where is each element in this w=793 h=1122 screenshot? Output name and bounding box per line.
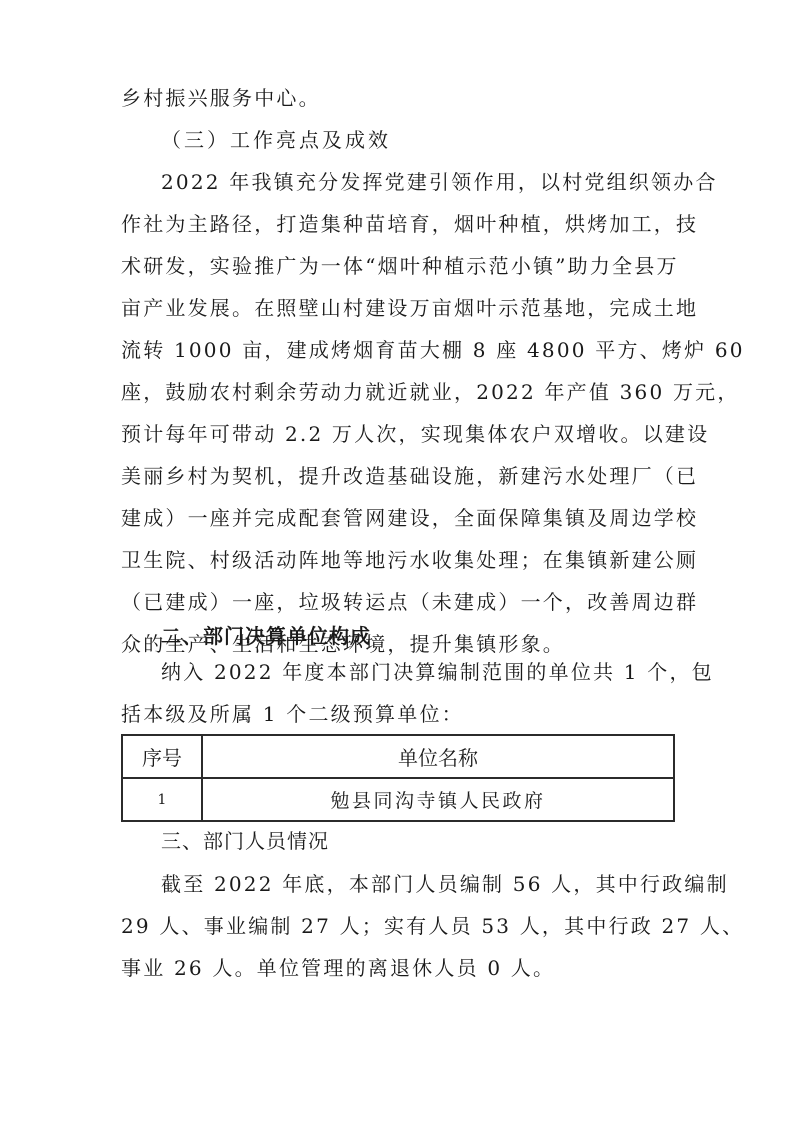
section-heading-personnel: 三、部门人员情况 [161, 829, 713, 853]
subsection-heading-highlights: （三）工作亮点及成效 [161, 128, 713, 152]
paragraph-line: 美丽乡村为契机，提升改造基础设施，新建污水处理厂（已 [121, 464, 673, 488]
paragraph-line: （已建成）一座，垃圾转运点（未建成）一个，改善周边群 [121, 590, 673, 614]
paragraph-line: 事业 26 人。单位管理的离退休人员 0 人。 [121, 956, 673, 980]
column-header-index: 序号 [122, 735, 202, 778]
paragraph-line: 纳入 2022 年度本部门决算编制范围的单位共 1 个，包 [161, 660, 713, 684]
paragraph-line: 截至 2022 年底，本部门人员编制 56 人，其中行政编制 [161, 872, 713, 896]
paragraph-line: 术研发，实验推广为一体“烟叶种植示范小镇”助力全县万 [121, 254, 673, 278]
paragraph-line: 亩产业发展。在照壁山村建设万亩烟叶示范基地，完成土地 [121, 296, 673, 320]
table-row: 1 勉县同沟寺镇人民政府 [122, 778, 674, 821]
unit-table: 序号 单位名称 1 勉县同沟寺镇人民政府 [121, 734, 675, 822]
paragraph-line: 29 人、事业编制 27 人；实有人员 53 人，其中行政 27 人、 [121, 914, 673, 938]
column-header-unit-name: 单位名称 [202, 735, 674, 778]
intro-tail-text: 乡村振兴服务中心。 [121, 86, 673, 110]
paragraph-line: 2022 年我镇充分发挥党建引领作用，以村党组织领办合 [161, 170, 713, 194]
section-heading-unit-composition: 二、部门决算单位构成 [161, 624, 713, 648]
document-page: 乡村振兴服务中心。 （三）工作亮点及成效 2022 年我镇充分发挥党建引领作用，… [0, 0, 793, 1122]
paragraph-line: 座，鼓励农村剩余劳动力就近就业，2022 年产值 360 万元， [121, 380, 673, 404]
paragraph-line: 建成）一座并完成配套管网建设，全面保障集镇及周边学校 [121, 506, 673, 530]
paragraph-line: 预计每年可带动 2.2 万人次，实现集体农户双增收。以建设 [121, 422, 673, 446]
paragraph-line: 作社为主路径，打造集种苗培育，烟叶种植，烘烤加工，技 [121, 212, 673, 236]
cell-index: 1 [122, 778, 202, 821]
paragraph-line: 流转 1000 亩，建成烤烟育苗大棚 8 座 4800 平方、烤炉 60 [121, 338, 673, 362]
cell-unit-name: 勉县同沟寺镇人民政府 [202, 778, 674, 821]
paragraph-line: 括本级及所属 1 个二级预算单位： [121, 702, 673, 726]
table-header-row: 序号 单位名称 [122, 735, 674, 778]
paragraph-line: 卫生院、村级活动阵地等地污水收集处理；在集镇新建公厕 [121, 548, 673, 572]
